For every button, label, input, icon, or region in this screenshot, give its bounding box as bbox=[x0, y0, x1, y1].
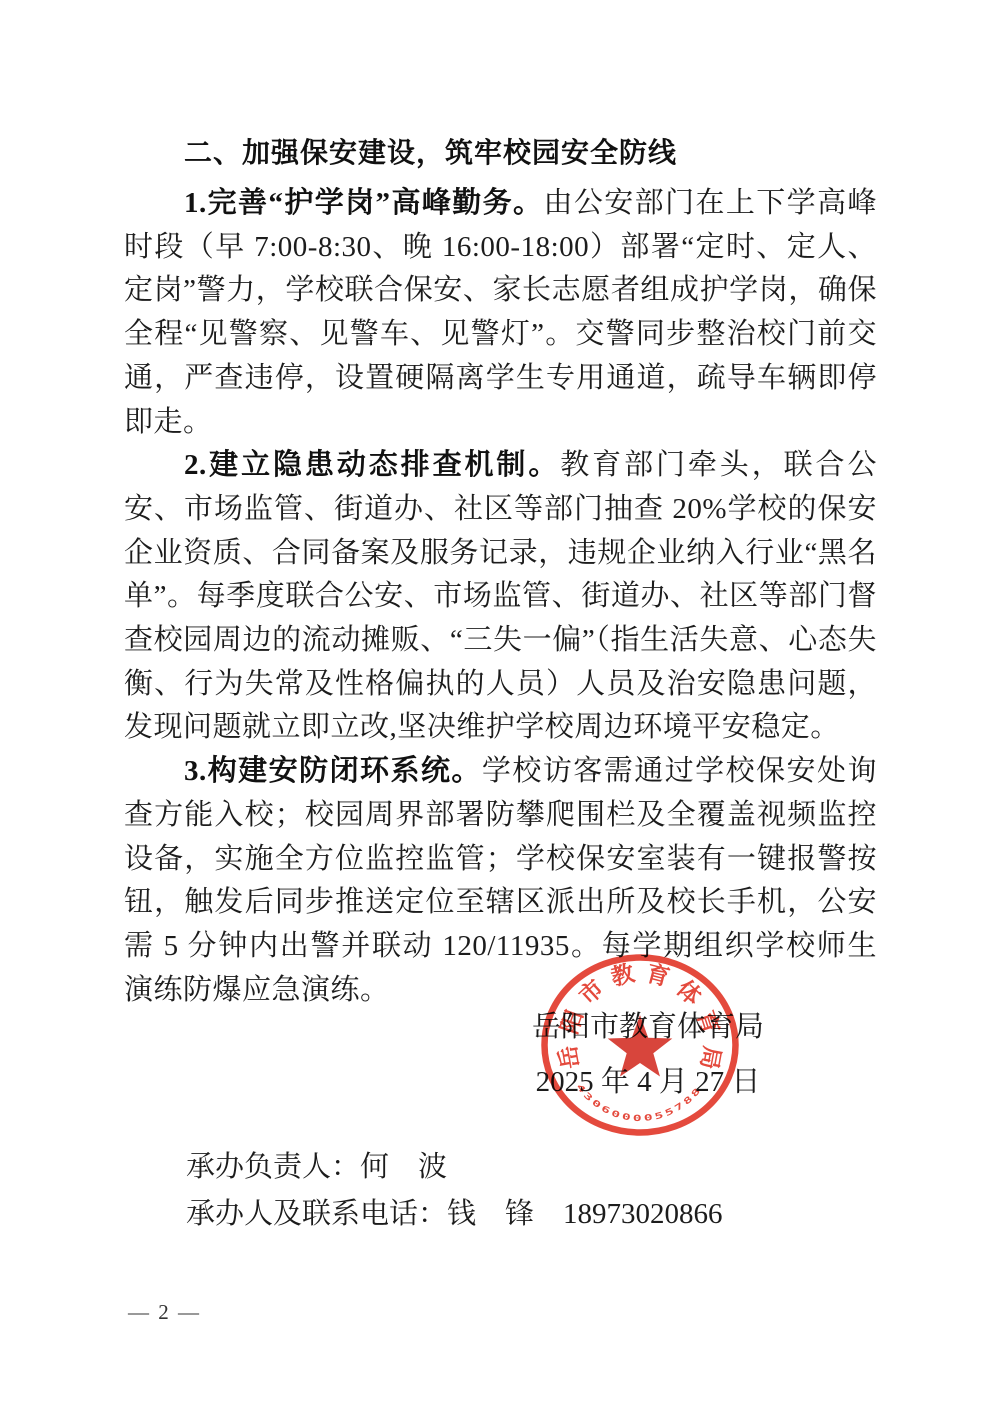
section-heading: 二、加强保安建设，筑牢校园安全防线 bbox=[124, 130, 877, 176]
contact-block: 承办负责人：何 波 承办人及联系电话：钱 锋 18973020866 bbox=[186, 1144, 723, 1238]
paragraph-3-text: 学校访客需通过学校保安处询查方能入校；校园周界部署防攀爬围栏及全覆盖视频监控设备… bbox=[124, 755, 877, 1006]
paragraph-2-text: 教育部门牵头，联合公安、市场监管、街道办、社区等部门抽查 20%学校的保安企业资… bbox=[124, 449, 877, 743]
paragraph-1: 1.完善“护学岗”高峰勤务。由公安部门在上下学高峰时段（早 7:00-8:30、… bbox=[124, 182, 877, 444]
contact-line-phone: 承办人及联系电话：钱 锋 18973020866 bbox=[186, 1191, 723, 1238]
paragraph-3: 3.构建安防闭环系统。学校访客需通过学校保安处询查方能入校；校园周界部署防攀爬围… bbox=[124, 750, 877, 1012]
paragraph-1-text: 由公安部门在上下学高峰时段（早 7:00-8:30、晚 16:00-18:00）… bbox=[124, 187, 877, 438]
signature-org: 岳阳市教育体育局 bbox=[478, 1000, 818, 1055]
signature-block: 岳阳市教育体育局 2025 年 4 月 27 日 bbox=[478, 1000, 818, 1110]
document-body: 二、加强保安建设，筑牢校园安全防线 1.完善“护学岗”高峰勤务。由公安部门在上下… bbox=[124, 130, 877, 1012]
page-number: — 2 — bbox=[128, 1300, 201, 1325]
paragraph-2-lead: 2.建立隐患动态排查机制。 bbox=[184, 449, 560, 481]
signature-date: 2025 年 4 月 27 日 bbox=[478, 1055, 818, 1110]
paragraph-3-lead: 3.构建安防闭环系统。 bbox=[184, 755, 482, 787]
document-page: 二、加强保安建设，筑牢校园安全防线 1.完善“护学岗”高峰勤务。由公安部门在上下… bbox=[0, 0, 1000, 1414]
contact-line-responsible: 承办负责人：何 波 bbox=[186, 1144, 723, 1191]
paragraph-2: 2.建立隐患动态排查机制。教育部门牵头，联合公安、市场监管、街道办、社区等部门抽… bbox=[124, 444, 877, 750]
paragraph-1-lead: 1.完善“护学岗”高峰勤务。 bbox=[184, 187, 543, 219]
